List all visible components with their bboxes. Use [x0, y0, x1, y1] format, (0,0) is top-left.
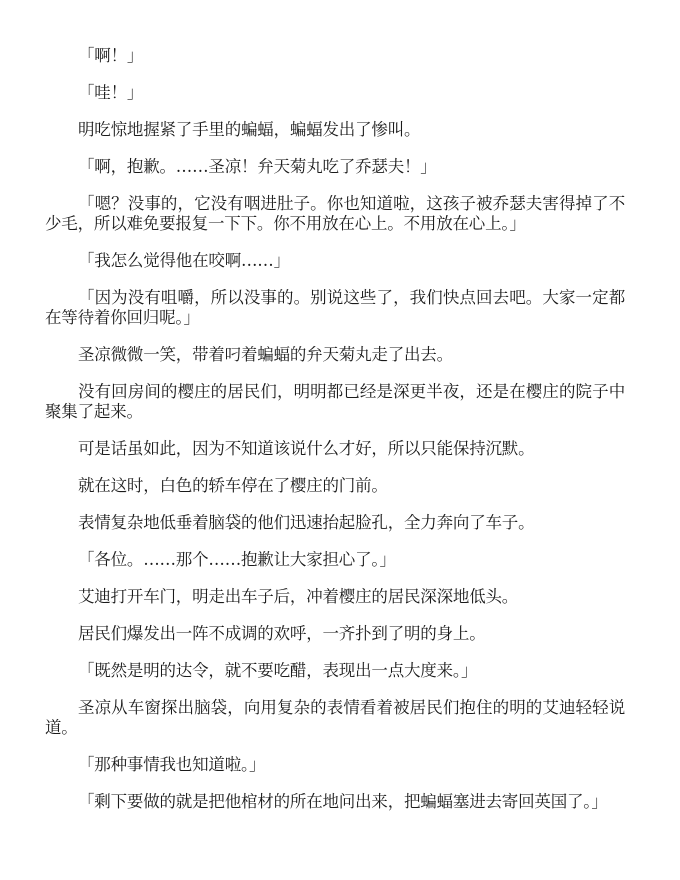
paragraph: 「因为没有咀嚼，所以没事的。别说这些了，我们快点回去吧。大家一定都在等待着你回归…: [45, 288, 625, 328]
paragraph: 「剩下要做的就是把他棺材的所在地问出来，把蝙蝠塞进去寄回英国了。」: [45, 792, 625, 812]
paragraph: 表情复杂地低垂着脑袋的他们迅速抬起脸孔，全力奔向了车子。: [45, 513, 625, 533]
document-page: 「啊！」 「哇！」 明吃惊地握紧了手里的蝙蝠，蝙蝠发出了惨叫。 「啊，抱歉。………: [45, 46, 625, 829]
paragraph: 明吃惊地握紧了手里的蝙蝠，蝙蝠发出了惨叫。: [45, 120, 625, 140]
paragraph: 居民们爆发出一阵不成调的欢呼，一齐扑到了明的身上。: [45, 624, 625, 644]
paragraph: 「啊！」: [45, 46, 625, 66]
paragraph: 艾迪打开车门，明走出车子后，冲着樱庄的居民深深地低头。: [45, 587, 625, 607]
paragraph: 圣凉微微一笑，带着叼着蝙蝠的弁天菊丸走了出去。: [45, 345, 625, 365]
paragraph: 「嗯？没事的，它没有咽进肚子。你也知道啦，这孩子被乔瑟夫害得掉了不少毛，所以难免…: [45, 194, 625, 234]
paragraph: 圣凉从车窗探出脑袋，向用复杂的表情看着被居民们抱住的明的艾迪轻轻说道。: [45, 698, 625, 738]
paragraph: 「既然是明的达令，就不要吃醋，表现出一点大度来。」: [45, 661, 625, 681]
paragraph: 可是话虽如此，因为不知道该说什么才好，所以只能保持沉默。: [45, 439, 625, 459]
paragraph: 「哇！」: [45, 83, 625, 103]
paragraph: 「啊，抱歉。……圣凉！弁天菊丸吃了乔瑟夫！」: [45, 157, 625, 177]
paragraph: 「我怎么觉得他在咬啊……」: [45, 251, 625, 271]
paragraph: 就在这时，白色的轿车停在了樱庄的门前。: [45, 476, 625, 496]
paragraph: 没有回房间的樱庄的居民们，明明都已经是深更半夜，还是在樱庄的院子中聚集了起来。: [45, 382, 625, 422]
paragraph: 「那种事情我也知道啦。」: [45, 755, 625, 775]
paragraph: 「各位。……那个……抱歉让大家担心了。」: [45, 550, 625, 570]
